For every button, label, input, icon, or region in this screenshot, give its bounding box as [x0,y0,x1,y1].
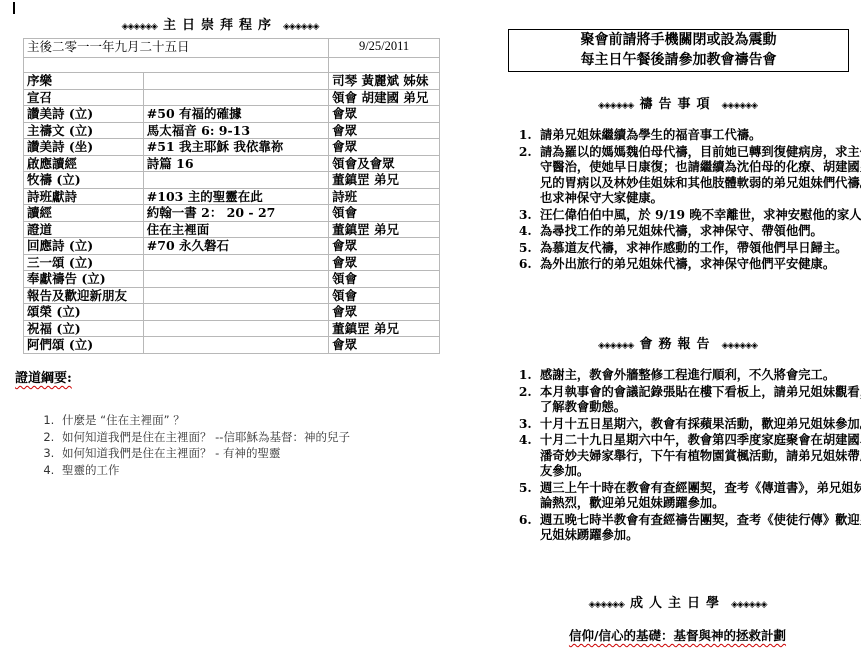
table-row: 啟應讀經詩篇 16領會及會眾 [24,155,440,172]
item: 宣召 [24,89,144,106]
prayer-list: 請弟兄姐妹繼續為學生的福音事工代禱。 請為羅以的媽媽魏伯母代禱，目前她已轉到復健… [512,127,861,273]
leader: 領會 [329,271,440,288]
table-row: 讚美詩 (坐)#51 我主耶穌 我依靠祢會眾 [24,139,440,156]
chinese-date: 主後二零一一年九月二十五日 [24,39,329,58]
heading-text: 禱告事項 [639,97,715,112]
content: #70 永久磐石 [143,238,328,255]
notice-line: 每主日午餐後請參加教會禱告會 [509,50,848,70]
table-header-row: 主後二零一一年九月二十五日 9/25/2011 [24,39,440,58]
heading-text: 成人主日學 [630,596,725,611]
ornament-icon: ◈◈◈◈◈◈ [283,22,319,32]
leader: 領會 [329,205,440,222]
content: 約翰一書 2： 20 - 27 [143,205,328,222]
content: 住在主裡面 [143,221,328,238]
list-item: 十月十五日星期六，教會有採蘋果活動，歡迎弟兄姐妹參加。 [536,416,861,432]
list-item: 聖靈的工作 [58,462,350,479]
list-item: 如何知道我們是住在主裡面？ - 有神的聖靈 [58,445,350,462]
item: 主禱文 (立) [24,122,144,139]
sermon-outline-title: 證道綱要: [15,367,72,386]
list-item: 週三上午十時在教會有查經團契，查考《傳道書》，弟兄姐妹討論熱烈，歡迎弟兄姐妹踴躍… [536,480,861,511]
ornament-icon: ◈◈◈◈◈◈ [722,341,758,351]
leader: 董鎮罡 弟兄 [329,320,440,337]
date: 9/25/2011 [329,39,440,58]
leader: 會眾 [329,106,440,123]
content: #51 我主耶穌 我依靠祢 [143,139,328,156]
item: 序樂 [24,73,144,90]
worship-program-table: 主後二零一一年九月二十五日 9/25/2011 序樂司琴 黃麗斌 姊妹 宣召領會… [23,38,440,354]
leader: 領會及會眾 [329,155,440,172]
table-row: 回應詩 (立)#70 永久磐石會眾 [24,238,440,255]
leader: 詩班 [329,188,440,205]
item: 報告及歡迎新朋友 [24,287,144,304]
content: 詩篇 16 [143,155,328,172]
table-spacer-row [24,58,440,73]
item: 三一頌 (立) [24,254,144,271]
leader: 會眾 [329,337,440,354]
worship-program-heading: ◈◈◈◈◈◈主日崇拜程序◈◈◈◈◈◈ [85,14,355,33]
list-item: 本月執事會的會議記錄張貼在樓下看板上，請弟兄姐妹觀看，了解教會動態。 [536,384,861,415]
church-affairs-list: 感謝主，教會外牆整修工程進行順利，不久將會完工。 本月執事會的會議記錄張貼在樓下… [512,367,861,544]
table-row: 序樂司琴 黃麗斌 姊妹 [24,73,440,90]
content [143,254,328,271]
list-item: 什麼是 “住在主裡面” ？ [58,412,350,429]
ornament-icon: ◈◈◈◈◈◈ [588,600,624,610]
leader: 董鎮罡 弟兄 [329,221,440,238]
table-row: 頌榮 (立)會眾 [24,304,440,321]
content: #50 有福的確據 [143,106,328,123]
leader: 會眾 [329,304,440,321]
content: 馬太福音 6: 9-13 [143,122,328,139]
list-item: 汪仁偉伯伯中風，於 9/19 晚不幸離世，求神安慰他的家人。 [536,207,861,223]
table-row: 三一頌 (立)會眾 [24,254,440,271]
item: 奉獻禱告 (立) [24,271,144,288]
sunday-school-topic: 信仰/信心的基礎：基督與神的拯救計劃 [508,626,847,644]
item: 回應詩 (立) [24,238,144,255]
leader: 司琴 黃麗斌 姊妹 [329,73,440,90]
list-item: 為慕道友代禱，求神作感動的工作，帶領他們早日歸主。 [536,240,861,256]
item: 啟應讀經 [24,155,144,172]
table-row: 宣召領會 胡建國 弟兄 [24,89,440,106]
leader: 會眾 [329,254,440,271]
content [143,73,328,90]
ornament-icon: ◈◈◈◈◈◈ [731,600,767,610]
table-row: 祝福 (立)董鎮罡 弟兄 [24,320,440,337]
leader: 領會 [329,287,440,304]
prayer-heading: ◈◈◈◈◈◈禱告事項◈◈◈◈◈◈ [508,93,847,112]
leader: 會眾 [329,238,440,255]
notice-box: 聚會前請將手機關閉或設為震動 每主日午餐後請參加教會禱告會 [508,29,849,72]
notice-line: 聚會前請將手機關閉或設為震動 [509,30,848,50]
table-row: 讀經約翰一書 2： 20 - 27領會 [24,205,440,222]
table-row: 阿們頌 (立)會眾 [24,337,440,354]
table-row: 報告及歡迎新朋友領會 [24,287,440,304]
list-item: 十月二十九日星期六中午，教會第四季度家庭聚會在胡建國、潘奇妙夫婦家舉行，下午有植… [536,432,861,479]
list-item: 請為羅以的媽媽魏伯母代禱，目前她已轉到復健病房，求主保守醫治，使她早日康復；也請… [536,144,861,206]
table-row: 牧禱 (立)董鎮罡 弟兄 [24,172,440,189]
church-affairs-heading: ◈◈◈◈◈◈會務報告◈◈◈◈◈◈ [508,333,847,352]
heading-text: 會務報告 [639,337,715,352]
list-item: 為尋找工作的弟兄姐妹代禱，求神保守、帶領他們。 [536,223,861,239]
list-item: 週五晚七時半教會有查經禱告團契，查考《使徒行傳》歡迎弟兄姐妹踴躍參加。 [536,512,861,543]
list-item: 請弟兄姐妹繼續為學生的福音事工代禱。 [536,127,861,143]
content [143,320,328,337]
ornament-icon: ◈◈◈◈◈◈ [722,101,758,111]
list-item: 為外出旅行的弟兄姐妹代禱，求神保守他們平安健康。 [536,256,861,272]
content [143,271,328,288]
text-cursor [13,2,15,14]
item: 頌榮 (立) [24,304,144,321]
item: 祝福 (立) [24,320,144,337]
list-item: 感謝主，教會外牆整修工程進行順利，不久將會完工。 [536,367,861,383]
table-row: 詩班獻詩#103 主的聖靈在此詩班 [24,188,440,205]
content [143,287,328,304]
item: 詩班獻詩 [24,188,144,205]
table-row: 主禱文 (立)馬太福音 6: 9-13會眾 [24,122,440,139]
content [143,172,328,189]
leader: 會眾 [329,139,440,156]
item: 讚美詩 (立) [24,106,144,123]
content: #103 主的聖靈在此 [143,188,328,205]
item: 讚美詩 (坐) [24,139,144,156]
item: 阿們頌 (立) [24,337,144,354]
table-row: 奉獻禱告 (立)領會 [24,271,440,288]
list-item: 如何知道我們是住在主裡面？ --信耶穌為基督：神的兒子 [58,429,350,446]
item: 牧禱 (立) [24,172,144,189]
leader: 董鎮罡 弟兄 [329,172,440,189]
leader: 領會 胡建國 弟兄 [329,89,440,106]
leader: 會眾 [329,122,440,139]
item: 證道 [24,221,144,238]
table-row: 讚美詩 (立)#50 有福的確據會眾 [24,106,440,123]
ornament-icon: ◈◈◈◈◈◈ [598,101,634,111]
content [143,304,328,321]
table-row: 證道住在主裡面董鎮罡 弟兄 [24,221,440,238]
ornament-icon: ◈◈◈◈◈◈ [598,341,634,351]
item: 讀經 [24,205,144,222]
ornament-icon: ◈◈◈◈◈◈ [121,22,157,32]
adult-sunday-school-heading: ◈◈◈◈◈◈成人主日學◈◈◈◈◈◈ [508,592,847,611]
content [143,337,328,354]
heading-text: 主日崇拜程序 [163,18,277,33]
sermon-outline-list: 什麼是 “住在主裡面” ？ 如何知道我們是住在主裡面？ --信耶穌為基督：神的兒… [30,412,350,478]
content [143,89,328,106]
